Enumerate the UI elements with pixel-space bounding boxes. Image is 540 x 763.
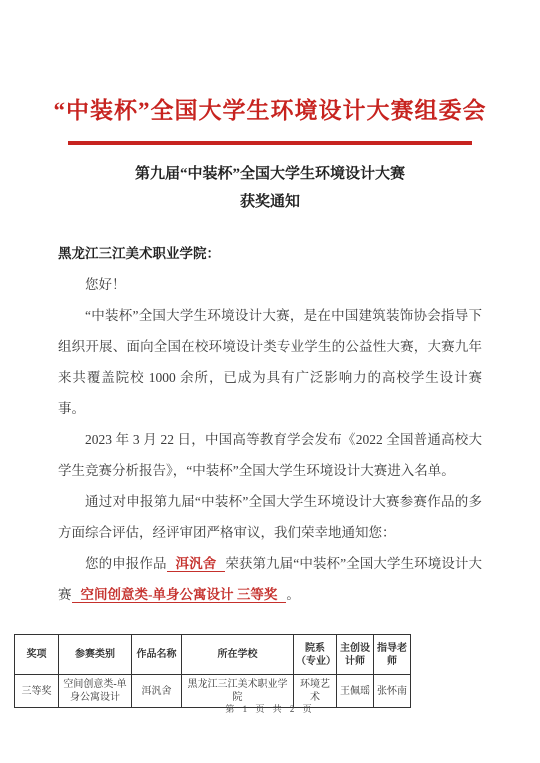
award-suffix: 。 (286, 587, 300, 602)
header-advisor: 指导老师 (374, 635, 411, 675)
paragraph-competition-intro: “中装杯”全国大学生环境设计大赛，是在中国建筑装饰协会指导下组织开展、面向全国在… (58, 300, 482, 424)
award-category-underlined: 空间创意类-单身公寓设计 三等奖 (72, 587, 287, 603)
document-title-line1: 第九届“中装杯”全国大学生环境设计大赛 (0, 160, 540, 188)
paragraph-review: 通过对申报第九届“中装杯”全国大学生环境设计大赛参赛作品的多方面综合评估，经评审… (58, 486, 482, 548)
salutation: 黑龙江三江美术职业学院： (58, 238, 482, 269)
document-title: 第九届“中装杯”全国大学生环境设计大赛 获奖通知 (0, 160, 540, 216)
organization-title: “中装杯”全国大学生环境设计大赛组委会 (0, 96, 540, 126)
header-work-name: 作品名称 (132, 635, 182, 675)
letter-body: 黑龙江三江美术职业学院： 您好！ “中装杯”全国大学生环境设计大赛，是在中国建筑… (58, 238, 482, 610)
greeting: 您好！ (58, 269, 482, 300)
table-header-row: 奖项 参赛类别 作品名称 所在学校 院系（专业） 主创设计师 指导老师 (15, 635, 411, 675)
header-category: 参赛类别 (59, 635, 132, 675)
document-title-line2: 获奖通知 (0, 188, 540, 216)
header-department: 院系（专业） (294, 635, 337, 675)
work-title-underlined: 洱汎舍 (167, 556, 226, 572)
paragraph-report: 2023 年 3 月 22 日，中国高等教育学会发布《2022 全国普通高校大学… (58, 424, 482, 486)
award-notice-page: “中装杯”全国大学生环境设计大赛组委会 第九届“中装杯”全国大学生环境设计大赛 … (0, 0, 540, 763)
paragraph-award: 您的申报作品洱汎舍荣获第九届“中装杯”全国大学生环境设计大赛空间创意类-单身公寓… (58, 548, 482, 610)
header-lead-designer: 主创设计师 (337, 635, 374, 675)
page-number: 第 1 页 共 2 页 (0, 702, 540, 715)
header-rule (68, 141, 472, 145)
award-table: 奖项 参赛类别 作品名称 所在学校 院系（专业） 主创设计师 指导老师 三等奖 … (14, 634, 411, 708)
header-award: 奖项 (15, 635, 59, 675)
header-school: 所在学校 (182, 635, 294, 675)
award-prefix: 您的申报作品 (85, 556, 167, 571)
